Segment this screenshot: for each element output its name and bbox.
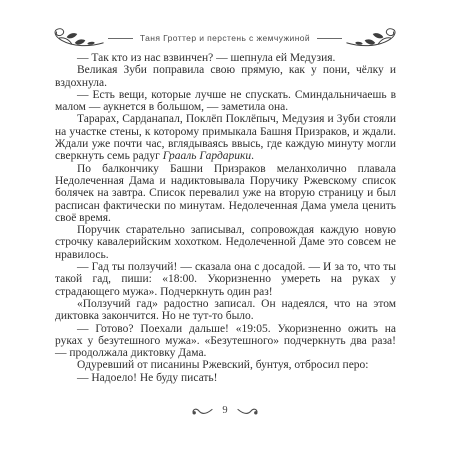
page-number: 9 [222,405,227,416]
paragraph: По балкончику Башни Призраков меланхолич… [55,163,396,224]
page-text: — Так кто из нас взвинчен? — шепнула ей … [55,52,396,384]
header-rule-left [108,38,133,39]
page-footer: 9 [0,405,450,416]
paragraph: Одуревший от писанины Ржевский, бунтуя, … [55,359,396,371]
footer-flourish-left-icon [191,406,213,416]
paragraph: Поручик старательно записывал, сопровожд… [55,224,396,261]
floral-flourish-right-icon [346,25,406,51]
paragraph: Тарарах, Сарданапал, Поклёп Поклёпыч, Ме… [55,113,396,162]
paragraph: — Есть вещи, которые лучше не спускать. … [55,89,396,114]
paragraph: «Ползучий гад» радостно записал. Он наде… [55,298,396,323]
paragraph: — Гад ты ползучий! — сказала она с досад… [55,261,396,298]
header-rule-right [317,38,342,39]
running-title: Таня Гроттер и перстень с жемчужиной [137,33,313,43]
paragraph: — Надоело! Не буду писать! [55,372,396,384]
floral-flourish-left-icon [44,25,104,51]
book-page: Таня Гроттер и перстень с жемчужиной — Т… [0,0,450,450]
footer-flourish-right-icon [237,406,259,416]
paragraph: Великая Зуби поправила свою прямую, как … [55,64,396,89]
paragraph: — Готово? Поехали дальше! «19:05. Укориз… [55,323,396,360]
running-header: Таня Гроттер и перстень с жемчужиной [0,25,450,51]
paragraph: — Так кто из нас взвинчен? — шепнула ей … [55,52,396,64]
